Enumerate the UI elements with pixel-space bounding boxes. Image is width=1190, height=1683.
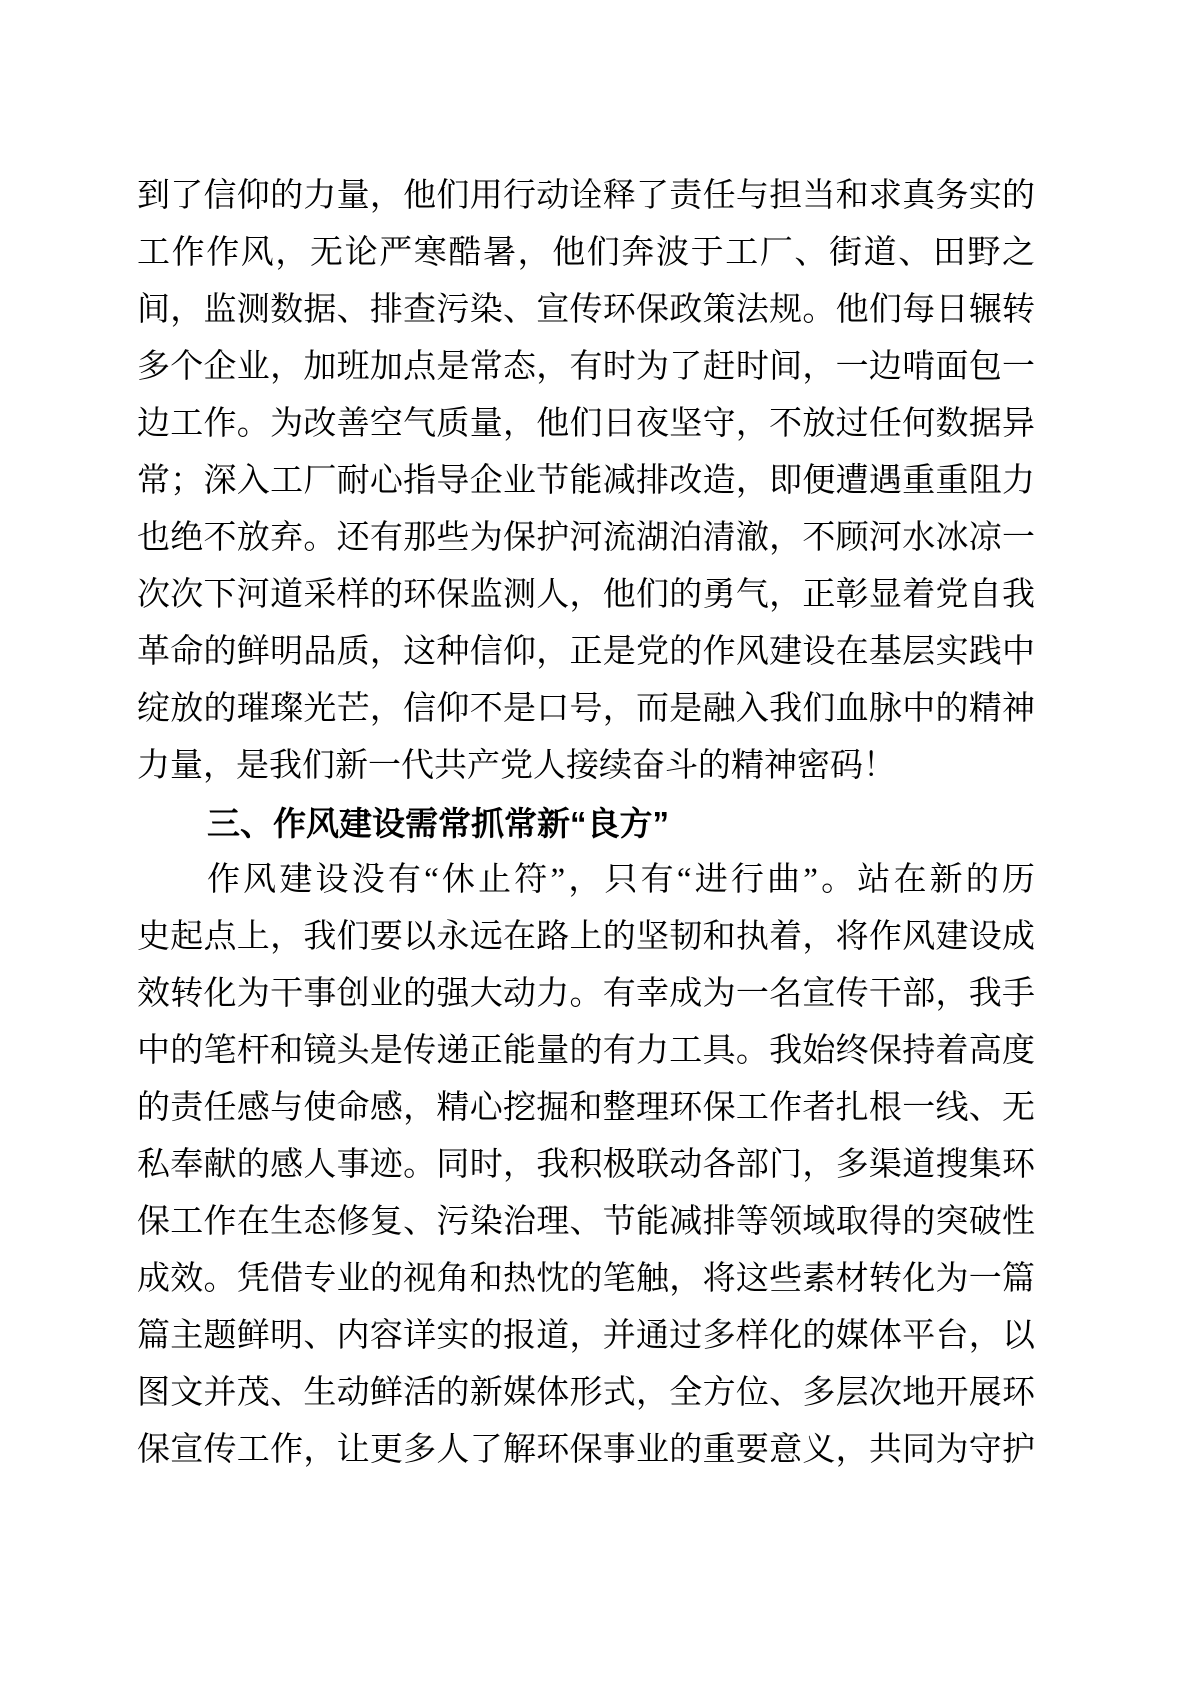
text-line: 工作作风，无论严寒酷暑，他们奔波于工厂、街道、田野之 [137,225,1035,282]
text-line: 革命的鲜明品质，这种信仰，正是党的作风建设在基层实践中 [137,624,1035,681]
text-line: 到了信仰的力量，他们用行动诠释了责任与担当和求真务实的 [137,168,1035,225]
text-line: 次次下河道采样的环保监测人，他们的勇气，正彰显着党自我 [137,567,1035,624]
document-page: 到了信仰的力量，他们用行动诠释了责任与担当和求真务实的 工作作风，无论严寒酷暑，… [0,0,1190,1683]
text-line: 多个企业，加班加点是常态，有时为了赶时间，一边啃面包一 [137,339,1035,396]
text-line: 常；深入工厂耐心指导企业节能减排改造，即便遭遇重重阻力 [137,453,1035,510]
text-line: 保工作在生态修复、污染治理、节能减排等领域取得的突破性 [137,1194,1035,1251]
text-line: 效转化为干事创业的强大动力。有幸成为一名宣传干部，我手 [137,966,1035,1023]
section-heading: 三、作风建设需常抓常新“良方” [137,795,1035,852]
text-line: 图文并茂、生动鲜活的新媒体形式，全方位、多层次地开展环 [137,1365,1035,1422]
text-line: 的责任感与使命感，精心挖掘和整理环保工作者扎根一线、无 [137,1080,1035,1137]
text-line: 篇主题鲜明、内容详实的报道，并通过多样化的媒体平台，以 [137,1308,1035,1365]
text-line: 绽放的璀璨光芒，信仰不是口号，而是融入我们血脉中的精神 [137,681,1035,738]
text-line: 保宣传工作，让更多人了解环保事业的重要意义，共同为守护 [137,1422,1035,1479]
text-line: 力量，是我们新一代共产党人接续奋斗的精神密码！ [137,738,1035,795]
text-line: 成效。凭借专业的视角和热忱的笔触，将这些素材转化为一篇 [137,1251,1035,1308]
text-line: 史起点上，我们要以永远在路上的坚韧和执着，将作风建设成 [137,909,1035,966]
text-line: 中的笔杆和镜头是传递正能量的有力工具。我始终保持着高度 [137,1023,1035,1080]
text-line: 也绝不放弃。还有那些为保护河流湖泊清澈，不顾河水冰凉一 [137,510,1035,567]
text-line: 作风建设没有“休止符”，只有“进行曲”。站在新的历 [137,852,1035,909]
text-line: 边工作。为改善空气质量，他们日夜坚守，不放过任何数据异 [137,396,1035,453]
text-line: 私奉献的感人事迹。同时，我积极联动各部门，多渠道搜集环 [137,1137,1035,1194]
document-text-block: 到了信仰的力量，他们用行动诠释了责任与担当和求真务实的 工作作风，无论严寒酷暑，… [137,168,1035,1479]
text-line: 间，监测数据、排查污染、宣传环保政策法规。他们每日辗转 [137,282,1035,339]
